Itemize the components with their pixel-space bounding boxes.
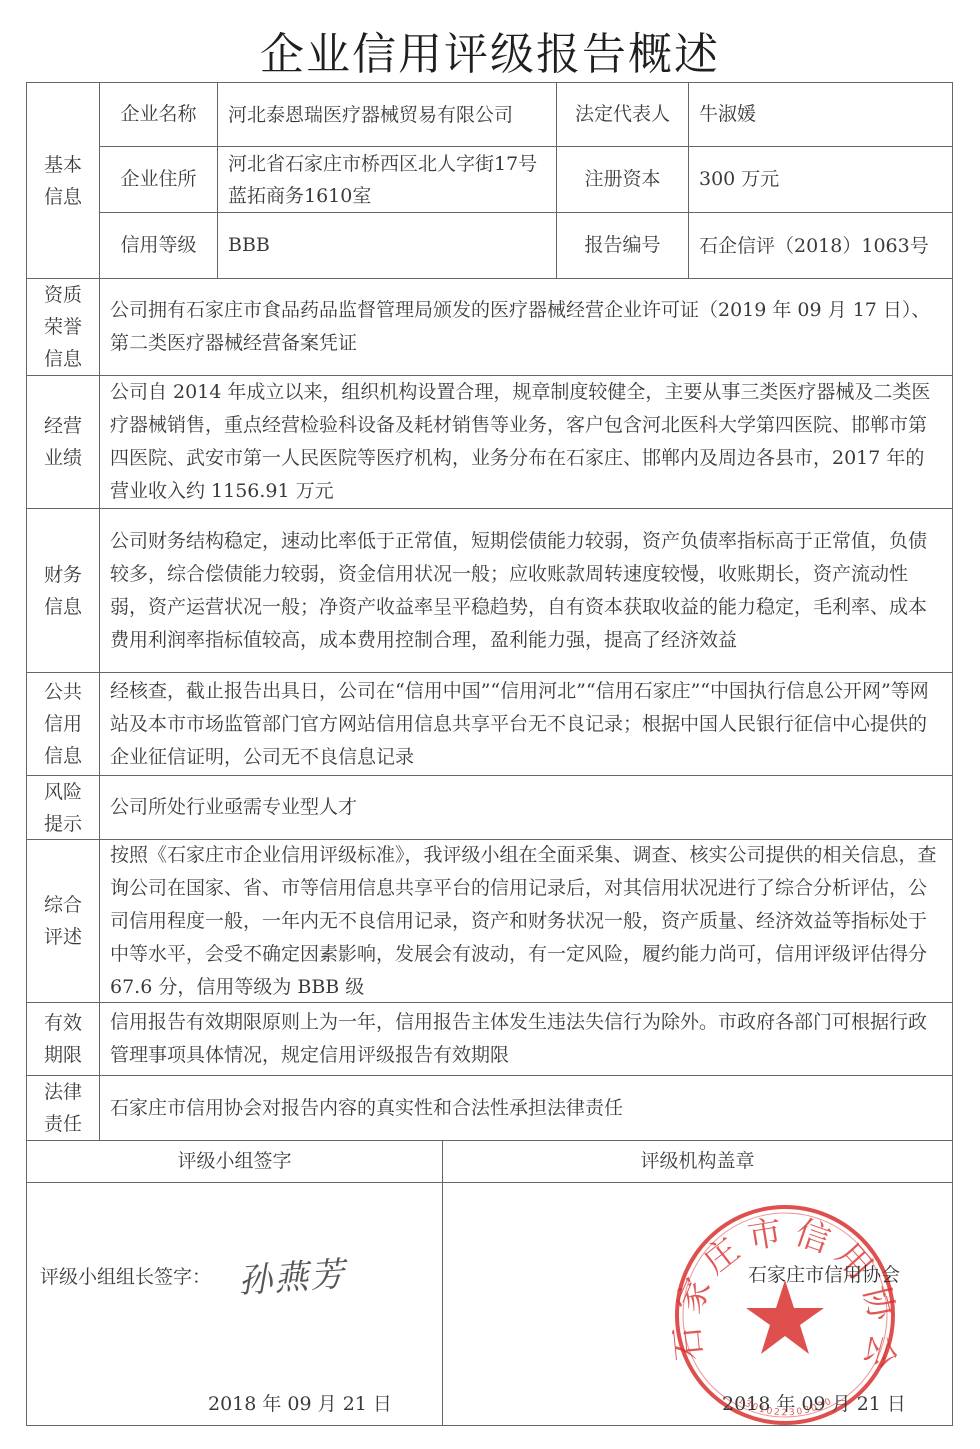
- value-text: 石企信评（2018）1063号: [699, 230, 929, 262]
- section-text-risk: 公司所处行业亟需专业型人才: [99, 775, 953, 840]
- section-label-performance: 经营业绩: [26, 375, 100, 509]
- section-label-legal: 法律责任: [26, 1075, 100, 1141]
- value-text: 河北省石家庄市桥西区北人字街17号蓝拓商务1610室: [228, 148, 544, 212]
- value-credit-rating: BBB: [217, 212, 557, 279]
- label-text: 资质荣誉信息: [41, 279, 85, 375]
- label-text: 有效期限: [41, 1007, 85, 1071]
- value-address: 河北省石家庄市桥西区北人字街17号蓝拓商务1610室: [217, 146, 557, 213]
- label-text: 报告编号: [584, 229, 660, 262]
- section-label-risk: 风险提示: [26, 775, 100, 840]
- label-text: 公共信用信息: [41, 676, 85, 772]
- label-text: 风险提示: [41, 776, 85, 840]
- label-text: 财务信息: [41, 559, 85, 623]
- label-credit-rating: 信用等级: [99, 212, 218, 279]
- value-text: 河北泰恩瑞医疗器械贸易有限公司: [228, 99, 513, 131]
- body-text: 公司自 2014 年成立以来，组织机构设置合理，规章制度较健全，主要从事三类医疗…: [110, 376, 940, 508]
- star-icon: [746, 1280, 824, 1354]
- section-label-validity: 有效期限: [26, 1002, 100, 1076]
- value-company-name: 河北泰恩瑞医疗器械贸易有限公司: [217, 82, 557, 147]
- section-text-legal: 石家庄市信用协会对报告内容的真实性和合法性承担法律责任: [99, 1075, 953, 1141]
- header-text: 评级小组签字: [177, 1145, 291, 1178]
- label-legal-rep: 法定代表人: [556, 82, 689, 147]
- section-text-performance: 公司自 2014 年成立以来，组织机构设置合理，规章制度较健全，主要从事三类医疗…: [99, 375, 953, 509]
- section-text-summary: 按照《石家庄市企业信用评级标准》，我评级小组在全面采集、调查、核实公司提供的相关…: [99, 839, 953, 1003]
- value-text: 300 万元: [699, 163, 779, 196]
- header-rating-team-signature: 评级小组签字: [26, 1140, 443, 1183]
- label-text: 注册资本: [584, 163, 660, 196]
- value-text: 牛淑媛: [699, 98, 756, 131]
- value-registered-capital: 300 万元: [688, 146, 953, 213]
- body-text: 公司所处行业亟需专业型人才: [110, 791, 357, 824]
- page-title: 企业信用评级报告概述: [0, 18, 980, 82]
- section-text-public-credit: 经核查，截止报告出具日，公司在“信用中国”“信用河北”“信用石家庄”“中国执行信…: [99, 672, 953, 776]
- header-rating-org-seal: 评级机构盖章: [442, 1140, 953, 1183]
- leader-signature: 孙燕芳: [236, 1246, 347, 1302]
- left-date: 2018 年 09 月 21 日: [208, 1389, 392, 1416]
- label-address: 企业住所: [99, 146, 218, 213]
- value-text: BBB: [228, 229, 270, 262]
- section-text-financial: 公司财务结构稳定，速动比率低于正常值，短期偿债能力较弱，资产负债率指标高于正常值…: [99, 508, 953, 673]
- section-label-financial: 财务信息: [26, 508, 100, 673]
- body-text: 石家庄市信用协会对报告内容的真实性和合法性承担法律责任: [110, 1092, 623, 1125]
- label-text: 信用等级: [120, 229, 196, 262]
- section-label-summary: 综合评述: [26, 839, 100, 1003]
- header-text: 评级机构盖章: [640, 1145, 754, 1178]
- section-label-basic-info: 基本信息: [26, 82, 100, 279]
- body-text: 按照《石家庄市企业信用评级标准》，我评级小组在全面采集、调查、核实公司提供的相关…: [110, 839, 940, 1004]
- value-legal-rep: 牛淑媛: [688, 82, 953, 147]
- org-name: 石家庄市信用协会: [748, 1260, 900, 1287]
- right-date: 2018 年 09 月 21 日: [722, 1389, 906, 1416]
- label-company-name: 企业名称: [99, 82, 218, 147]
- label-text: 法定代表人: [575, 98, 670, 131]
- label-text: 企业名称: [120, 98, 196, 131]
- label-report-number: 报告编号: [556, 212, 689, 279]
- section-label-qualifications: 资质荣誉信息: [26, 278, 100, 376]
- label-text: 法律责任: [41, 1076, 85, 1140]
- body-text: 信用报告有效期限原则上为一年，信用报告主体发生违法失信行为除外。市政府各部门可根…: [110, 1006, 940, 1072]
- body-text: 公司财务结构稳定，速动比率低于正常值，短期偿债能力较弱，资产负债率指标高于正常值…: [110, 525, 940, 657]
- section-label-public-credit: 公共信用信息: [26, 672, 100, 776]
- label-registered-capital: 注册资本: [556, 146, 689, 213]
- label-text: 基本信息: [41, 149, 85, 213]
- leader-signature-label: 评级小组组长签字：: [40, 1262, 211, 1289]
- body-text: 公司拥有石家庄市食品药品监督管理局颁发的医疗器械经营企业许可证（2019 年 0…: [110, 294, 940, 360]
- value-report-number: 石企信评（2018）1063号: [688, 212, 953, 279]
- label-text: 综合评述: [41, 889, 85, 953]
- label-text: 企业住所: [120, 163, 196, 196]
- label-text: 经营业绩: [41, 410, 85, 474]
- section-text-validity: 信用报告有效期限原则上为一年，信用报告主体发生违法失信行为除外。市政府各部门可根…: [99, 1002, 953, 1076]
- body-text: 经核查，截止报告出具日，公司在“信用中国”“信用河北”“信用石家庄”“中国执行信…: [110, 675, 940, 774]
- section-text-qualifications: 公司拥有石家庄市食品药品监督管理局颁发的医疗器械经营企业许可证（2019 年 0…: [99, 278, 953, 376]
